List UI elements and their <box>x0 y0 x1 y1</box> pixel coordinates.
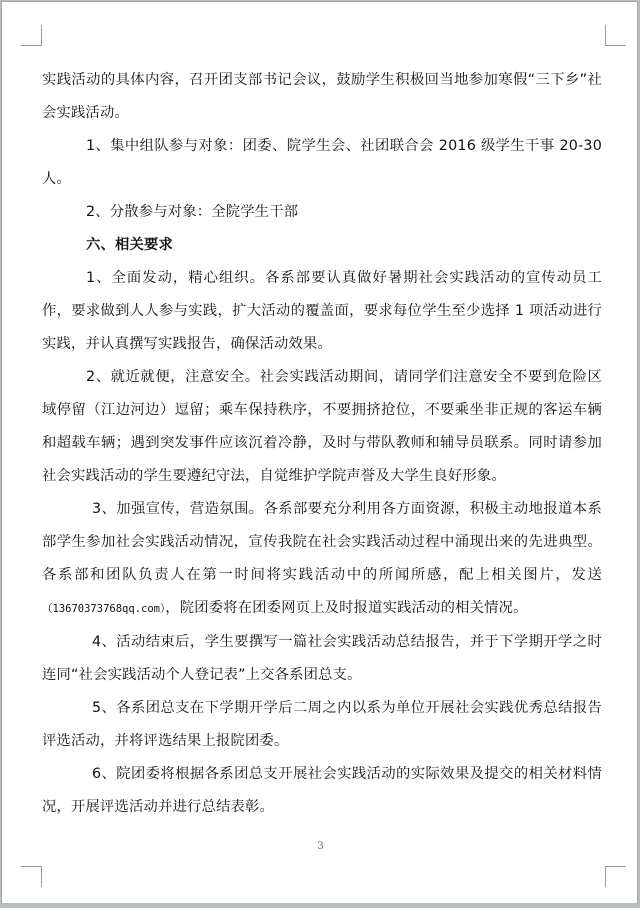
crop-mark-top-right <box>605 25 626 46</box>
requirement-6: 6、院团委将根据各系团总支开展社会实践活动的实际效果及提交的相关材料情况，开展评… <box>42 758 602 824</box>
requirement-2: 2、就近就便，注意安全。社会实践活动期间，请同学们注意安全不要到危险区域停留（江… <box>42 361 602 493</box>
email-address: （13670373768qq.com） <box>42 603 165 615</box>
requirement-3-tail: ，院团委将在团委网页上及时报道实践活动的相关情况。 <box>165 600 527 616</box>
requirement-1: 1、全面发动，精心组织。各系部要认真做好暑期社会实践活动的宣传动员工作，要求做到… <box>42 262 602 361</box>
paragraph-target-group-1: 1、集中组队参与对象：团委、院学生会、社团联合会 2016 级学生干事 20-3… <box>42 130 602 196</box>
document-page: 实践活动的具体内容，召开团支部书记会议，鼓励学生积极回当地参加寒假“三下乡”社会… <box>1 1 638 903</box>
section-heading-requirements: 六、相关要求 <box>42 229 602 262</box>
paragraph-intro: 实践活动的具体内容，召开团支部书记会议，鼓励学生积极回当地参加寒假“三下乡”社会… <box>42 64 602 130</box>
requirement-4: 4、活动结束后，学生要撰写一篇社会实践活动总结报告，并于下学期开学之时连同“社会… <box>42 626 602 692</box>
requirement-3-text: 3、加强宣传，营造氛围。各系部要充分利用各方面资源，积极主动地报道本系部学生参加… <box>42 501 602 583</box>
crop-mark-top-left <box>21 25 42 46</box>
page-number: 3 <box>2 841 639 852</box>
document-body: 实践活动的具体内容，召开团支部书记会议，鼓励学生积极回当地参加寒假“三下乡”社会… <box>42 64 602 824</box>
paragraph-target-group-2: 2、分散参与对象：全院学生干部 <box>42 196 602 229</box>
requirement-5: 5、各系团总支在下学期开学后二周之内以系为单位开展社会实践优秀总结报告评选活动，… <box>42 692 602 758</box>
requirement-3: 3、加强宣传，营造氛围。各系部要充分利用各方面资源，积极主动地报道本系部学生参加… <box>42 493 602 626</box>
crop-mark-bottom-left <box>21 866 42 887</box>
crop-mark-bottom-right <box>605 866 626 887</box>
